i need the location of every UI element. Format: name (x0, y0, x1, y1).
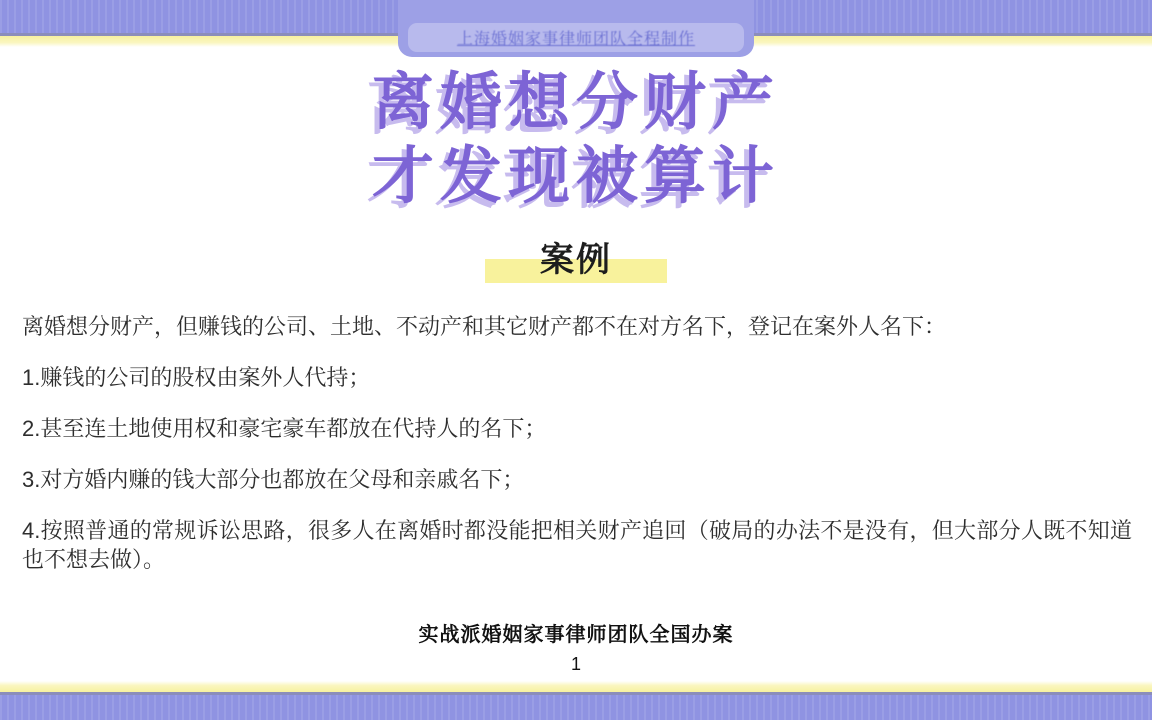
section-heading: 案例 (0, 238, 1152, 288)
watermark-badge: 上海婚姻家事律师团队全程制作 (398, 0, 754, 57)
page-title-line-2: 才发现被算计 (0, 140, 1152, 214)
section-heading-label: 案例 (0, 238, 1152, 282)
page-title-line-1: 离婚想分财产 (0, 66, 1152, 140)
page-title: 离婚想分财产 才发现被算计 (0, 66, 1152, 214)
slide: 上海婚姻家事律师团队全程制作 离婚想分财产 才发现被算计 案例 离婚想分财产，但… (0, 0, 1152, 720)
footer-team-line: 实战派婚姻家事律师团队全国办案 (0, 618, 1152, 647)
case-paragraph: 2.甚至连土地使用权和豪宅豪车都放在代持人的名下； (22, 414, 1132, 443)
bottom-band (0, 695, 1152, 720)
bottom-yellow-strip (0, 681, 1152, 692)
case-paragraph: 3.对方婚内赚的钱大部分也都放在父母和亲戚名下； (22, 465, 1132, 494)
page-number: 1 (0, 654, 1152, 675)
case-paragraph: 4.按照普通的常规诉讼思路，很多人在离婚时都没能把相关财产追回（破局的办法不是没… (22, 516, 1132, 574)
case-body: 离婚想分财产，但赚钱的公司、土地、不动产和其它财产都不在对方名下，登记在案外人名… (22, 312, 1132, 596)
case-paragraph: 离婚想分财产，但赚钱的公司、土地、不动产和其它财产都不在对方名下，登记在案外人名… (22, 312, 1132, 341)
watermark-badge-inner: 上海婚姻家事律师团队全程制作 (408, 23, 744, 52)
watermark-badge-label: 上海婚姻家事律师团队全程制作 (457, 26, 695, 49)
case-paragraph: 1.赚钱的公司的股权由案外人代持； (22, 363, 1132, 392)
